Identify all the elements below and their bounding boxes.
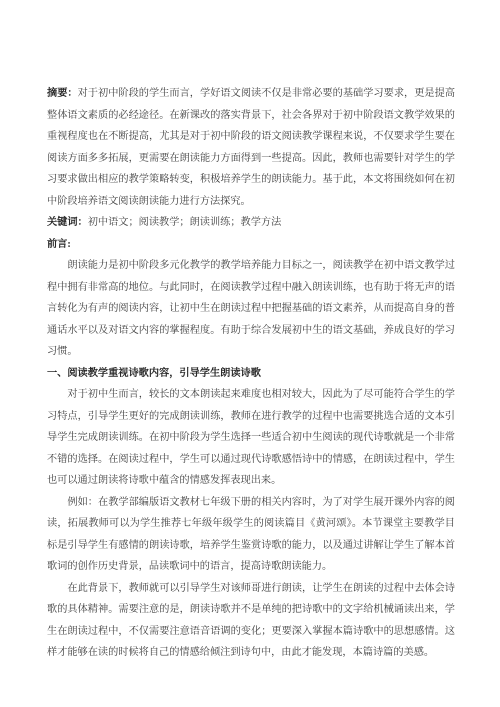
section-1-heading: 一、阅读教学重视诗歌内容，引导学生朗读诗歌	[47, 363, 455, 385]
abstract-text: 对于初中阶段的学生而言，学好语文阅读不仅是非常必要的基础学习要求，更是提高整体语…	[47, 88, 455, 207]
preface-heading: 前言:	[47, 234, 455, 256]
section-1-paragraph-3: 在此背景下，教师就可以引导学生对该师哥进行朗读，让学生在朗读的过程中去体会诗歌的…	[47, 578, 455, 664]
keywords-line: 关键词：初中语文；阅读教学；朗读训练；教学方法	[47, 212, 455, 234]
section-1-paragraph-2: 例如：在教学部编版语文教材七年级下册的相关内容时，为了对学生展开课外内容的阅读，…	[47, 492, 455, 578]
keywords-text: 初中语文；阅读教学；朗读训练；教学方法	[88, 217, 282, 228]
abstract-label: 摘要：	[47, 88, 78, 99]
abstract-paragraph: 摘要：对于初中阶段的学生而言，学好语文阅读不仅是非常必要的基础学习要求，更是提高…	[47, 83, 455, 212]
preface-paragraph: 朗读能力是初中阶段多元化教学的教学培养能力目标之一，阅读教学在初中语文教学过程中…	[47, 255, 455, 363]
section-1-paragraph-1: 对于初中生而言，较长的文本朗读起来难度也相对较大，因此为了尽可能符合学生的学习特…	[47, 384, 455, 492]
keywords-label: 关键词：	[47, 217, 88, 228]
document-page: 摘要：对于初中阶段的学生而言，学好语文阅读不仅是非常必要的基础学习要求，更是提高…	[0, 0, 500, 707]
